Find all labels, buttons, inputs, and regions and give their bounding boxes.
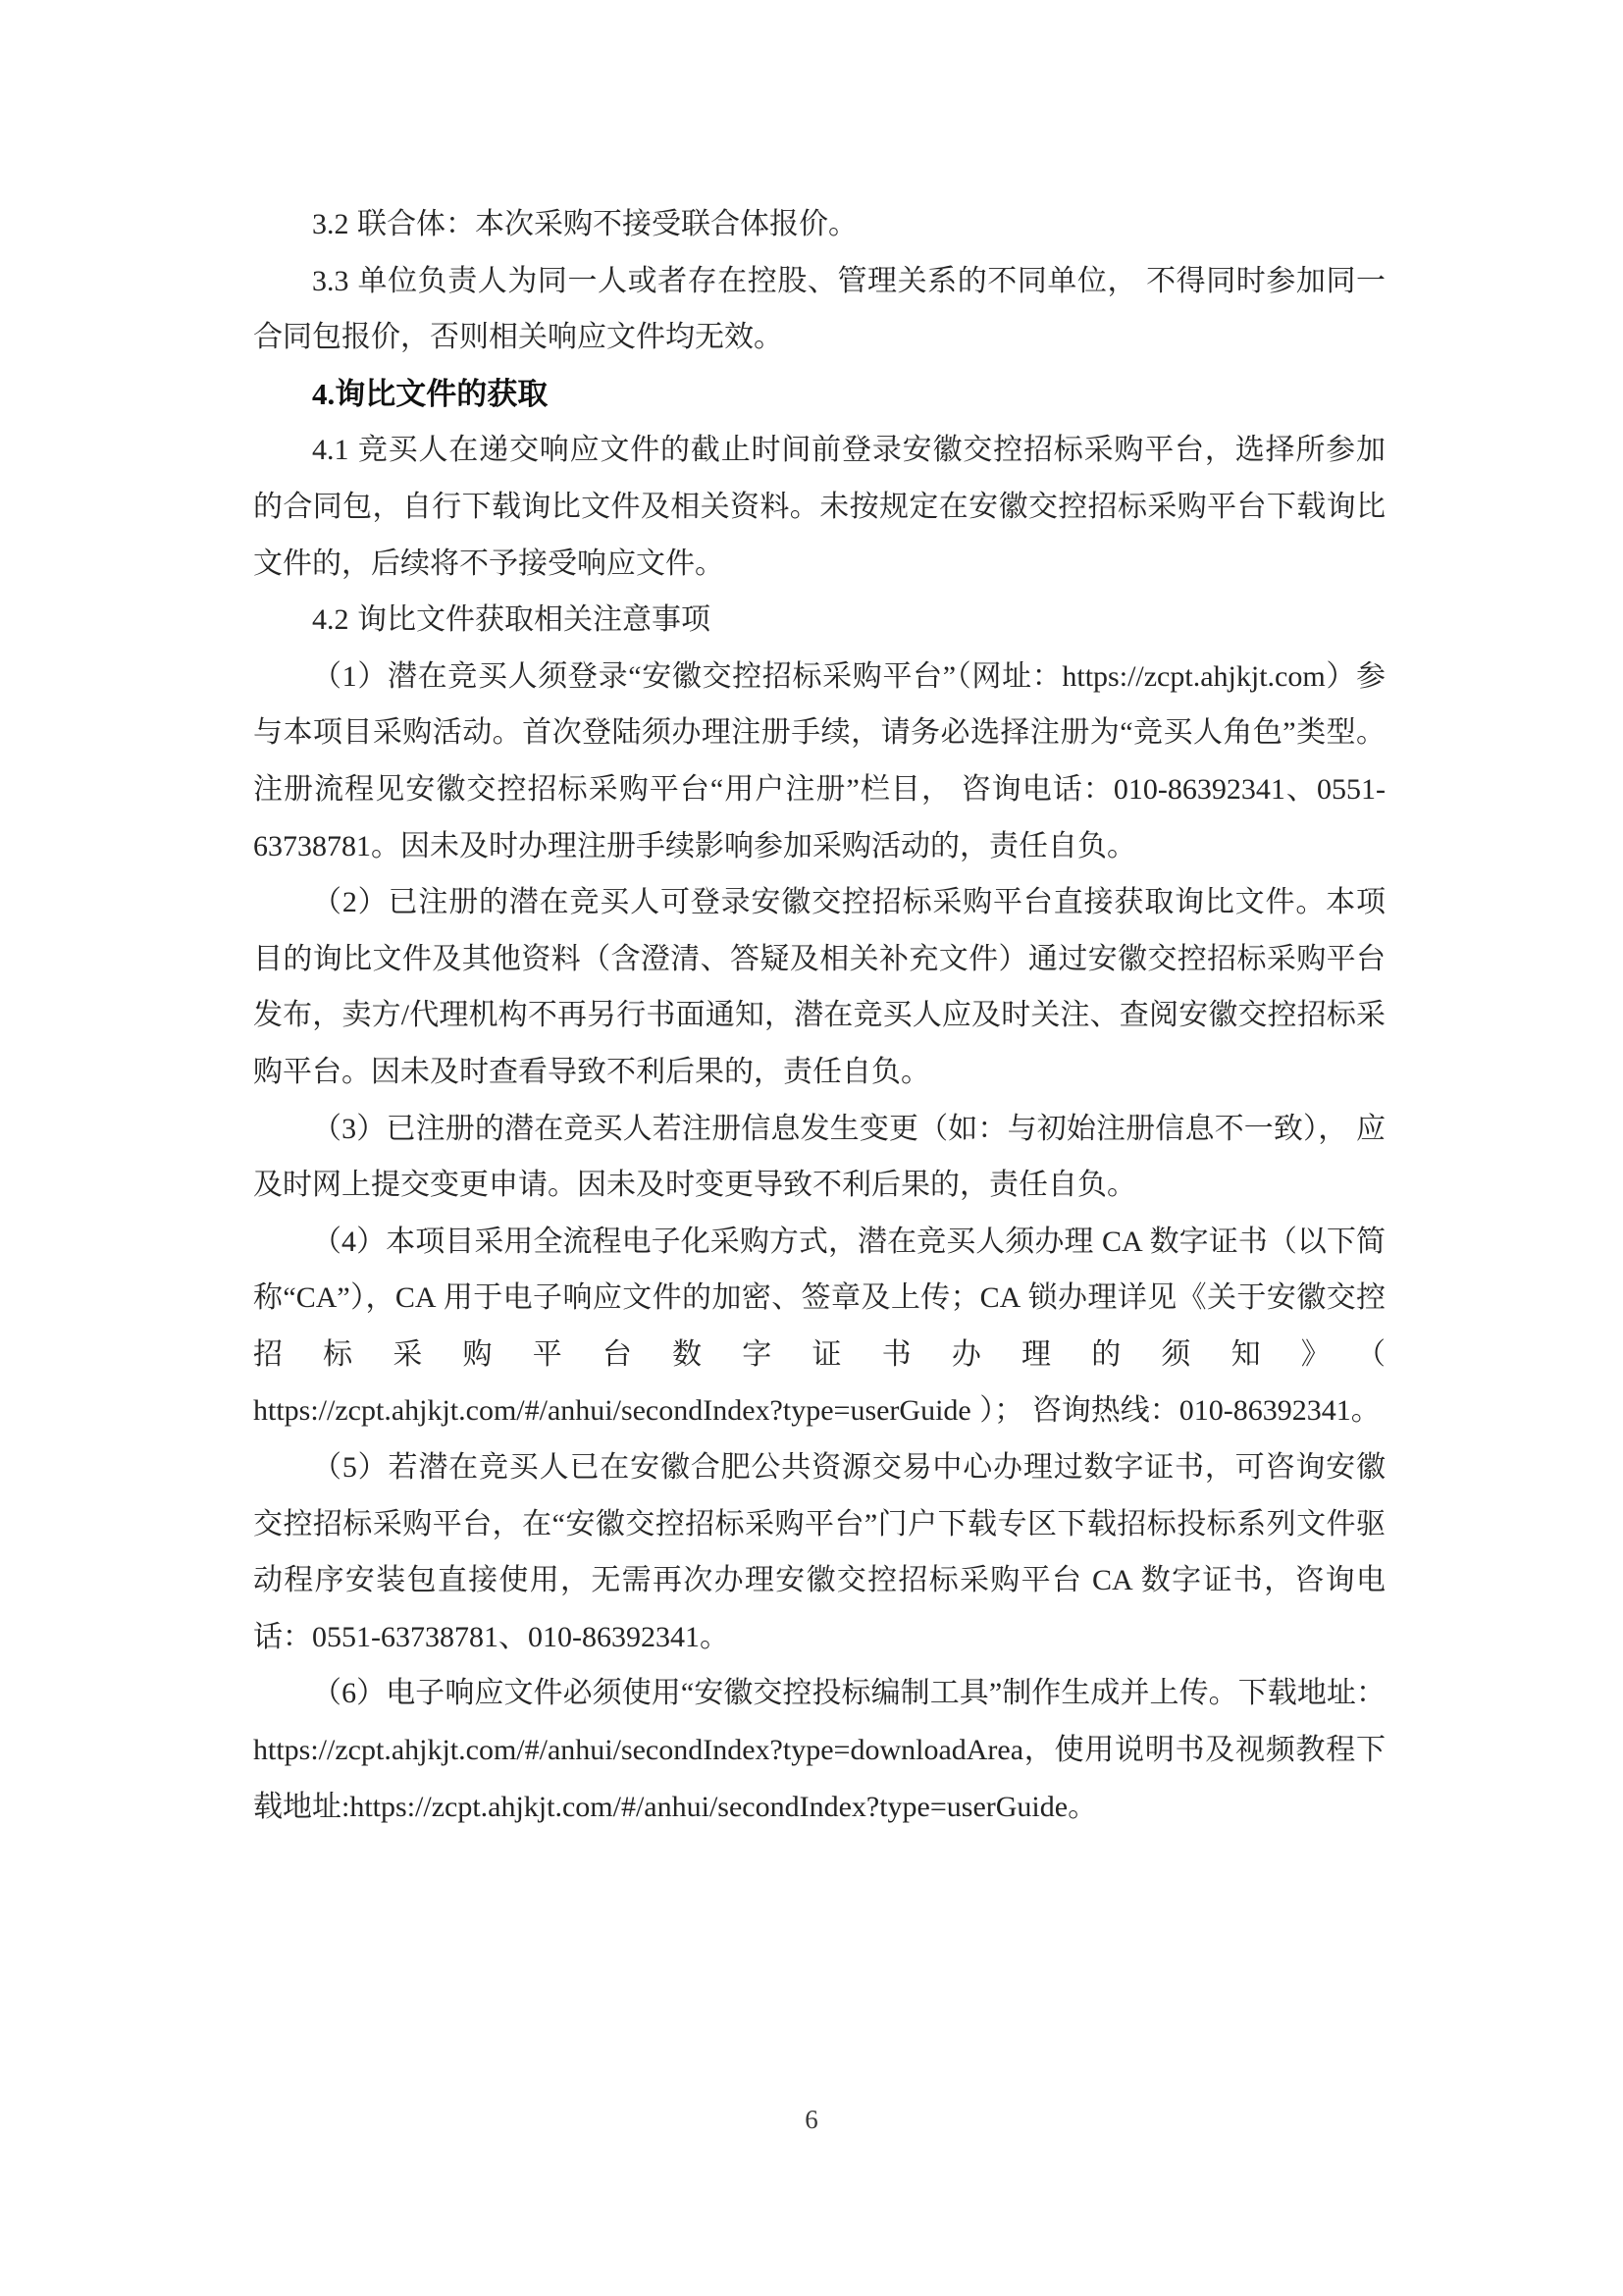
page-content: 3.2 联合体：本次采购不接受联合体报价。 3.3 单位负责人为同一人或者存在控… xyxy=(253,196,1386,1835)
paragraph-item-5: （5）若潜在竞买人已在安徽合肥公共资源交易中心办理过数字证书，可咨询安徽交控招标… xyxy=(253,1439,1386,1665)
paragraph-item-1: （1）潜在竞买人须登录“安徽交控招标采购平台”（网址：https://zcpt.… xyxy=(253,649,1386,874)
document-page: 3.2 联合体：本次采购不接受联合体报价。 3.3 单位负责人为同一人或者存在控… xyxy=(0,0,1623,2296)
paragraph-3-2: 3.2 联合体：本次采购不接受联合体报价。 xyxy=(253,196,1386,253)
page-number: 6 xyxy=(0,2105,1623,2135)
paragraph-item-3: （3）已注册的潜在竞买人若注册信息发生变更（如：与初始注册信息不一致）， 应及时… xyxy=(253,1101,1386,1214)
paragraph-item-4: （4）本项目采用全流程电子化采购方式，潜在竞买人须办理 CA 数字证书（以下简称… xyxy=(253,1214,1386,1439)
paragraph-item-2: （2）已注册的潜在竞买人可登录安徽交控招标采购平台直接获取询比文件。本项目的询比… xyxy=(253,874,1386,1100)
paragraph-4-2: 4.2 询比文件获取相关注意事项 xyxy=(253,592,1386,649)
paragraph-item-6: （6）电子响应文件必须使用“安徽交控投标编制工具”制作生成并上传。下载地址：ht… xyxy=(253,1665,1386,1835)
paragraph-4-1: 4.1 竞买人在递交响应文件的截止时间前登录安徽交控招标采购平台，选择所参加的合… xyxy=(253,422,1386,592)
paragraph-3-3: 3.3 单位负责人为同一人或者存在控股、管理关系的不同单位， 不得同时参加同一合… xyxy=(253,253,1386,366)
section-heading-4: 4.询比文件的获取 xyxy=(253,366,1386,423)
